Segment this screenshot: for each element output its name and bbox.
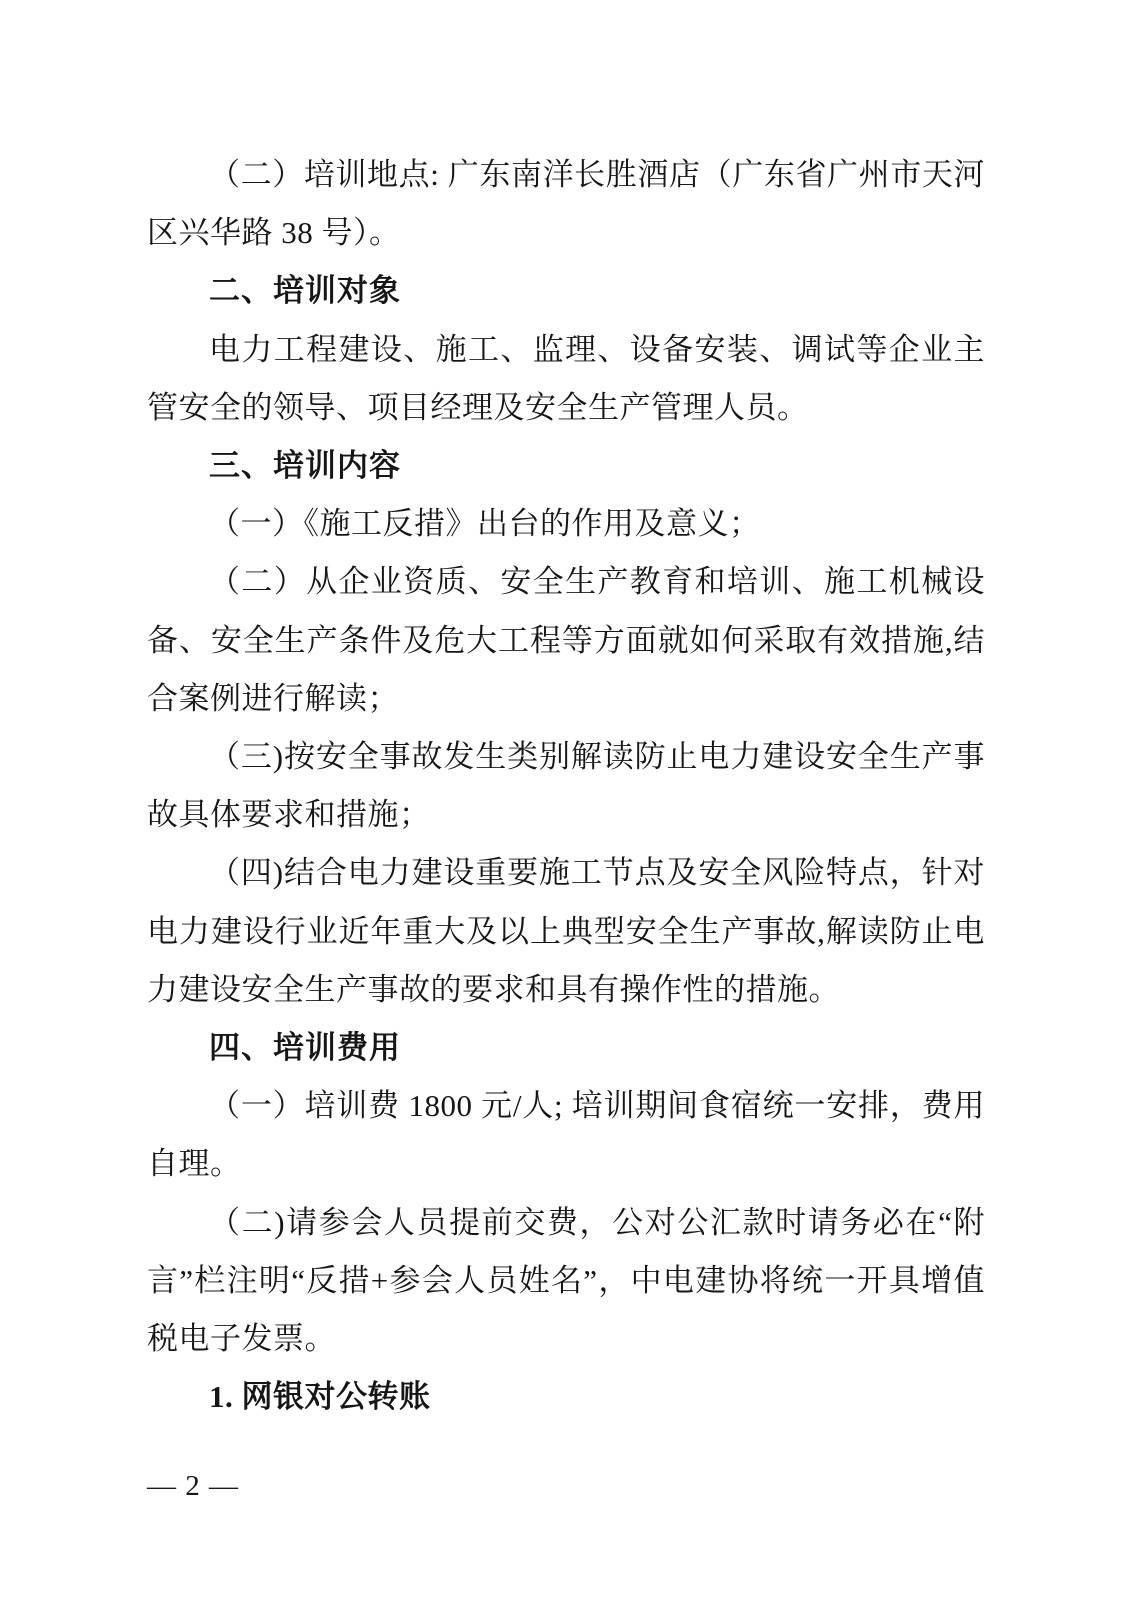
page-number: — 2 — bbox=[147, 1472, 239, 1501]
paragraph-content-item-2: （二）从企业资质、安全生产教育和培训、施工机械设备、安全生产条件及危大工程等方面… bbox=[147, 553, 985, 728]
heading-bank-transfer: 1. 网银对公转账 bbox=[147, 1368, 985, 1426]
document-body: （二）培训地点: 广东南洋长胜酒店（广东省广州市天河区兴华路 38 号）。 二、… bbox=[147, 146, 985, 1426]
paragraph-training-audience: 电力工程建设、施工、监理、设备安装、调试等企业主管安全的领导、项目经理及安全生产… bbox=[147, 321, 985, 437]
paragraph-fee-item-1: （一）培训费 1800 元/人; 培训期间食宿统一安排，费用自理。 bbox=[147, 1077, 985, 1193]
heading-training-audience: 二、培训对象 bbox=[147, 262, 985, 320]
document-page: （二）培训地点: 广东南洋长胜酒店（广东省广州市天河区兴华路 38 号）。 二、… bbox=[0, 0, 1131, 1600]
paragraph-content-item-4: （四)结合电力建设重要施工节点及安全风险特点，针对电力建设行业近年重大及以上典型… bbox=[147, 844, 985, 1019]
heading-training-content: 三、培训内容 bbox=[147, 437, 985, 495]
paragraph-training-location: （二）培训地点: 广东南洋长胜酒店（广东省广州市天河区兴华路 38 号）。 bbox=[147, 146, 985, 262]
paragraph-content-item-1: （一）《施工反措》出台的作用及意义； bbox=[147, 495, 985, 553]
paragraph-content-item-3: （三)按安全事故发生类别解读防止电力建设安全生产事故具体要求和措施； bbox=[147, 728, 985, 844]
paragraph-fee-item-2: （二)请参会人员提前交费，公对公汇款时请务必在“附言”栏注明“反措+参会人员姓名… bbox=[147, 1194, 985, 1369]
heading-training-fee: 四、培训费用 bbox=[147, 1019, 985, 1077]
